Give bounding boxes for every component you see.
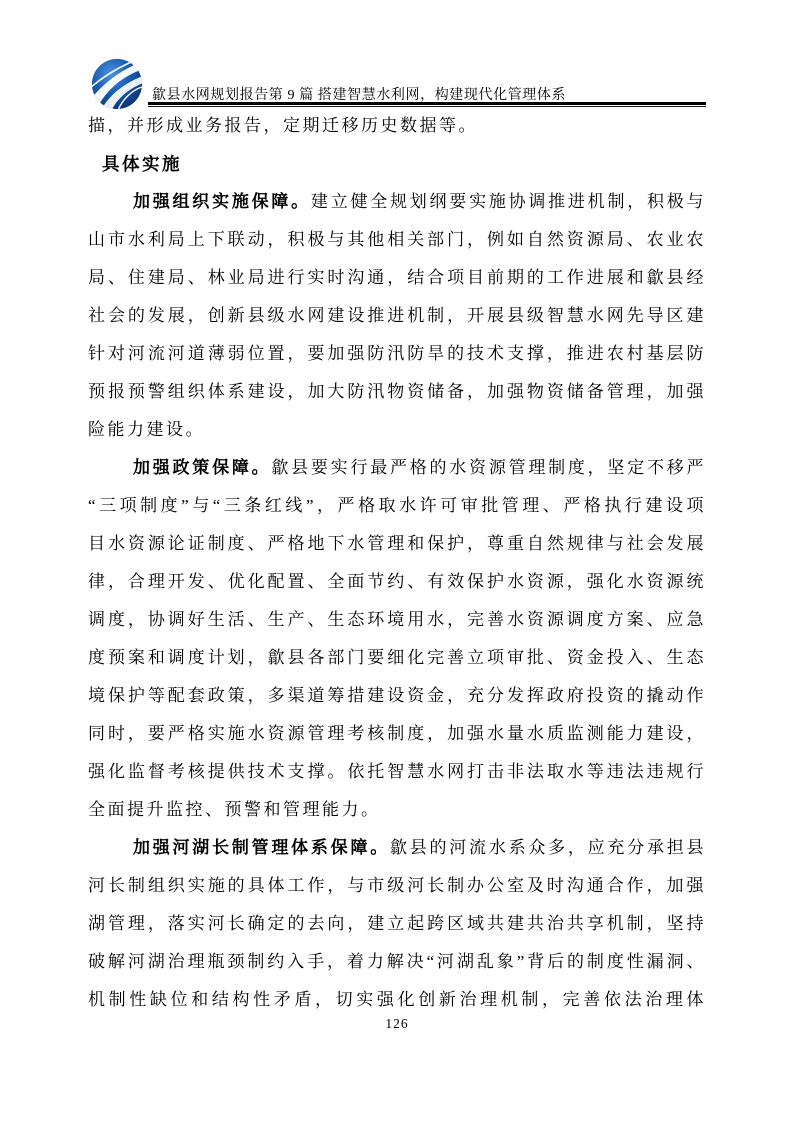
text-run: 调度，协调好生活、生产、生态环境用水，完善水资源调度方案、应急调: [88, 610, 706, 639]
report-logo: [86, 55, 148, 113]
text-line: 同时，要严格实施水资源管理考核制度，加强水量水质监测能力建设，为: [88, 715, 706, 753]
paragraph: 加强河湖长制管理体系保障。歙县的河流水系众多，应充分承担县级河长制组织实施的具体…: [88, 829, 706, 1019]
text-line: 目水资源论证制度、严格地下水管理和保护，尊重自然规律与社会发展规: [88, 525, 706, 563]
text-run: 险能力建设。: [88, 420, 205, 439]
header-title: 歙县水网规划报告第 9 篇 搭建智慧水利网，构建现代化管理体系: [152, 84, 566, 104]
text-line: 律，合理开发、优化配置、全面节约、有效保护水资源，强化水资源统一: [88, 563, 706, 601]
text-line: 险能力建设。: [88, 411, 706, 449]
text-run: 全面提升监控、预警和管理能力。: [88, 800, 381, 819]
text-line: 局、住建局、林业局进行实时沟通，结合项目前期的工作进展和歙县经济: [88, 259, 706, 297]
document-body: 描，并形成业务报告，定期迁移历史数据等。具体实施加强组织实施保障。建立健全规划纲…: [88, 107, 706, 1019]
text-line: 湖管理，落实河长确定的去向，建立起跨区域共建共治共享机制，坚持从: [88, 905, 706, 943]
paragraph: 加强政策保障。歙县要实行最严格的水资源管理制度，坚定不移严守“三项制度”与“三条…: [88, 449, 706, 829]
document-page: 歙县水网规划报告第 9 篇 搭建智慧水利网，构建现代化管理体系 描，并形成业务报…: [0, 0, 794, 1122]
text-run: 强化监督考核提供技术支撑。依托智慧水网打击非法取水等违法违规行为，: [88, 762, 706, 791]
text-run: 境保护等配套政策，多渠道筹措建设资金，充分发挥政府投资的撬动作用，: [88, 686, 706, 715]
text-line: 破解河湖治理瓶颈制约入手，着力解决“河湖乱象”背后的制度性漏洞、: [88, 943, 706, 981]
text-run: 破解河湖治理瓶颈制约入手，着力解决“河湖乱象”背后的制度性漏洞、: [88, 952, 706, 971]
text-line: 山市水利局上下联动，积极与其他相关部门，例如自然资源局、农业农村: [88, 221, 706, 259]
text-line: 河长制组织实施的具体工作，与市级河长制办公室及时沟通合作，加强河: [88, 867, 706, 905]
text-run: 目水资源论证制度、严格地下水管理和保护，尊重自然规律与社会发展规: [88, 534, 706, 563]
text-run: 预报预警组织体系建设，加大防汛物资储备，加强物资储备管理，加强抢: [88, 382, 706, 411]
text-line: 境保护等配套政策，多渠道筹措建设资金，充分发挥政府投资的撬动作用，: [88, 677, 706, 715]
text-run: 局、住建局、林业局进行实时沟通，结合项目前期的工作进展和歙县经济: [88, 268, 706, 297]
header-rule: [88, 102, 706, 107]
text-run: 社会的发展，创新县级水网建设推进机制，开展县级智慧水网先导区建设。: [88, 306, 706, 335]
text-run: 河长制组织实施的具体工作，与市级河长制办公室及时沟通合作，加强河: [88, 876, 706, 905]
text-line: 加强组织实施保障。建立健全规划纲要实施协调推进机制，积极与黄: [88, 183, 706, 221]
text-line: 社会的发展，创新县级水网建设推进机制，开展县级智慧水网先导区建设。: [88, 297, 706, 335]
bold-run: 加强政策保障。: [133, 458, 271, 477]
section-heading: 具体实施: [88, 145, 706, 183]
text-line: 强化监督考核提供技术支撑。依托智慧水网打击非法取水等违法违规行为，: [88, 753, 706, 791]
text-line: 调度，协调好生活、生产、生态环境用水，完善水资源调度方案、应急调: [88, 601, 706, 639]
paragraph: 加强组织实施保障。建立健全规划纲要实施协调推进机制，积极与黄山市水利局上下联动，…: [88, 183, 706, 449]
text-line: 预报预警组织体系建设，加大防汛物资储备，加强物资储备管理，加强抢: [88, 373, 706, 411]
text-run: 针对河流河道薄弱位置，要加强防汛防旱的技术支撑，推进农村基层防汛: [88, 344, 706, 373]
header-rule-thin: [88, 106, 706, 107]
text-run: 描，并形成业务报告，定期迁移历史数据等。: [88, 116, 478, 135]
text-line: 针对河流河道薄弱位置，要加强防汛防旱的技术支撑，推进农村基层防汛: [88, 335, 706, 373]
page-number: 126: [0, 1016, 794, 1032]
text-run: 机制性缺位和结构性矛盾，切实强化创新治理机制，完善依法治理体系，: [88, 990, 706, 1019]
header-rule-thick: [88, 102, 706, 105]
bold-run: 具体实施: [102, 154, 182, 174]
text-line: 加强政策保障。歙县要实行最严格的水资源管理制度，坚定不移严守: [88, 449, 706, 487]
text-line: 具体实施: [88, 145, 706, 183]
text-run: 湖管理，落实河长确定的去向，建立起跨区域共建共治共享机制，坚持从: [88, 914, 706, 943]
text-line: 全面提升监控、预警和管理能力。: [88, 791, 706, 829]
bold-run: 加强河湖长制管理体系保障。: [133, 838, 390, 857]
text-line: 机制性缺位和结构性矛盾，切实强化创新治理机制，完善依法治理体系，: [88, 981, 706, 1019]
text-line: “三项制度”与“三条红线”，严格取水许可审批管理、严格执行建设项: [88, 487, 706, 525]
text-line: 描，并形成业务报告，定期迁移历史数据等。: [88, 107, 706, 145]
text-run: 律，合理开发、优化配置、全面节约、有效保护水资源，强化水资源统一: [88, 572, 706, 601]
paragraph: 描，并形成业务报告，定期迁移历史数据等。: [88, 107, 706, 145]
text-line: 度预案和调度计划，歙县各部门要细化完善立项审批、资金投入、生态环: [88, 639, 706, 677]
text-run: 山市水利局上下联动，积极与其他相关部门，例如自然资源局、农业农村: [88, 230, 706, 259]
text-run: 同时，要严格实施水资源管理考核制度，加强水量水质监测能力建设，为: [88, 724, 706, 753]
logo-icon: [90, 57, 144, 111]
text-run: 度预案和调度计划，歙县各部门要细化完善立项审批、资金投入、生态环: [88, 648, 706, 677]
text-line: 加强河湖长制管理体系保障。歙县的河流水系众多，应充分承担县级: [88, 829, 706, 867]
text-run: “三项制度”与“三条红线”，严格取水许可审批管理、严格执行建设项: [88, 496, 706, 515]
bold-run: 加强组织实施保障。: [133, 192, 311, 211]
